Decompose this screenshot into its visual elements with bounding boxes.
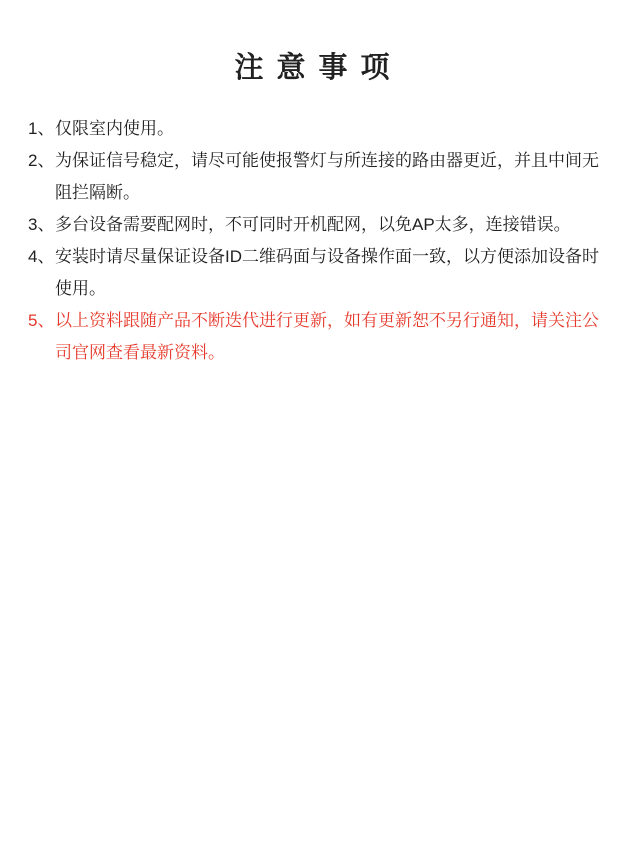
notice-item-5-highlighted: 5、 以上资料跟随产品不断迭代进行更新，如有更新恕不另行通知，请关注公司官网查看… [28,305,600,369]
item-number: 1、 [28,113,55,145]
page-title: 注意事项 [0,0,624,86]
notice-page: 注意事项 1、 仅限室内使用。 2、 为保证信号稳定，请尽可能使报警灯与所连接的… [0,0,624,848]
notice-item-2: 2、 为保证信号稳定，请尽可能使报警灯与所连接的路由器更近，并且中间无阻拦隔断。 [28,145,600,209]
item-text: 安装时请尽量保证设备ID二维码面与设备操作面一致，以方便添加设备时使用。 [55,241,600,305]
item-text: 仅限室内使用。 [55,113,600,145]
item-number: 5、 [28,305,55,337]
item-text: 多台设备需要配网时，不可同时开机配网，以免AP太多，连接错误。 [55,209,600,241]
item-number: 4、 [28,241,55,273]
notice-item-3: 3、 多台设备需要配网时，不可同时开机配网，以免AP太多，连接错误。 [28,209,600,241]
item-text: 以上资料跟随产品不断迭代进行更新，如有更新恕不另行通知，请关注公司官网查看最新资… [55,305,600,369]
notice-item-1: 1、 仅限室内使用。 [28,113,600,145]
item-number: 2、 [28,145,55,177]
item-number: 3、 [28,209,55,241]
notice-list: 1、 仅限室内使用。 2、 为保证信号稳定，请尽可能使报警灯与所连接的路由器更近… [0,113,624,369]
item-text: 为保证信号稳定，请尽可能使报警灯与所连接的路由器更近，并且中间无阻拦隔断。 [55,145,600,209]
notice-item-4: 4、 安装时请尽量保证设备ID二维码面与设备操作面一致，以方便添加设备时使用。 [28,241,600,305]
